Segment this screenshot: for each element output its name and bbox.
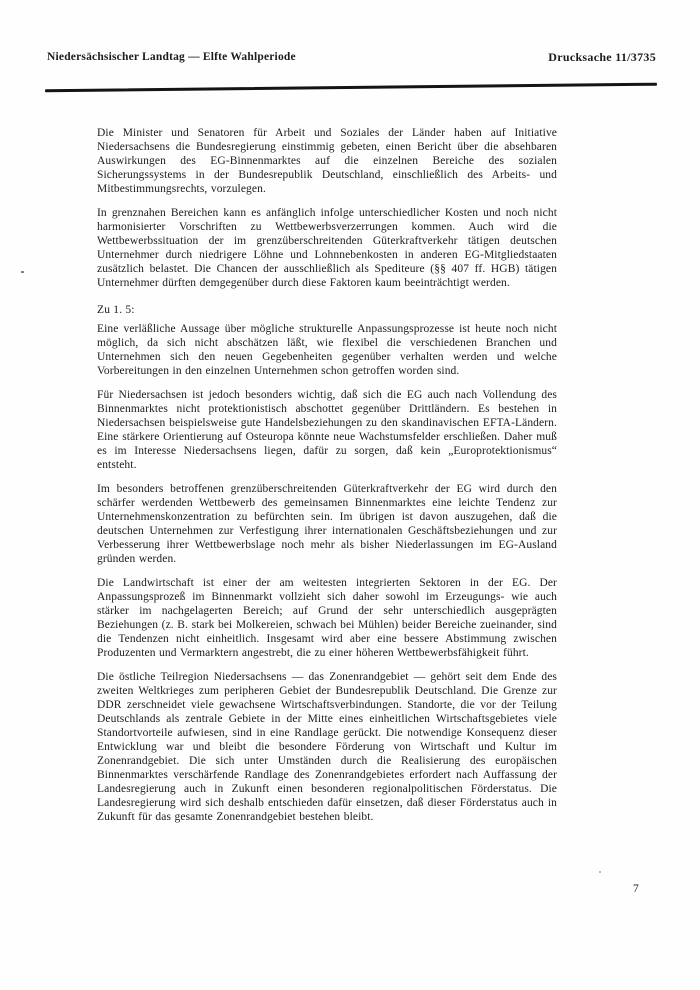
- paragraph-verlaessliche-aussage: Eine verläßliche Aussage über mögliche s…: [97, 322, 557, 378]
- paragraph-initiative-bericht: Die Minister und Senatoren für Arbeit un…: [97, 126, 557, 196]
- paragraph-zonenrandgebiet: Die östliche Teilregion Niedersachsens —…: [97, 670, 557, 824]
- scan-artifact-speck: [599, 871, 601, 873]
- scan-artifact-dot: [21, 271, 24, 273]
- header-publication-title: Niedersächsischer Landtag — Elfte Wahlpe…: [47, 51, 296, 63]
- paragraph-landwirtschaft: Die Landwirtschaft ist einer der am weit…: [97, 576, 557, 660]
- header-document-number: Drucksache 11/3735: [548, 50, 656, 65]
- page-number: 7: [633, 883, 639, 895]
- section-heading-zu-1-5: Zu 1. 5:: [97, 303, 557, 317]
- document-body: Die Minister und Senatoren für Arbeit un…: [97, 126, 557, 834]
- paragraph-grenznahe-bereiche: In grenznahen Bereichen kann es anfängli…: [97, 206, 557, 290]
- document-page: Niedersächsischer Landtag — Elfte Wahlpe…: [0, 0, 700, 990]
- paragraph-niedersachsen-eg: Für Niedersachsen ist jedoch besonders w…: [97, 388, 557, 472]
- paragraph-gueterkraftverkehr: Im besonders betroffenen grenzüberschrei…: [97, 482, 557, 566]
- header-divider-rule: [45, 83, 657, 93]
